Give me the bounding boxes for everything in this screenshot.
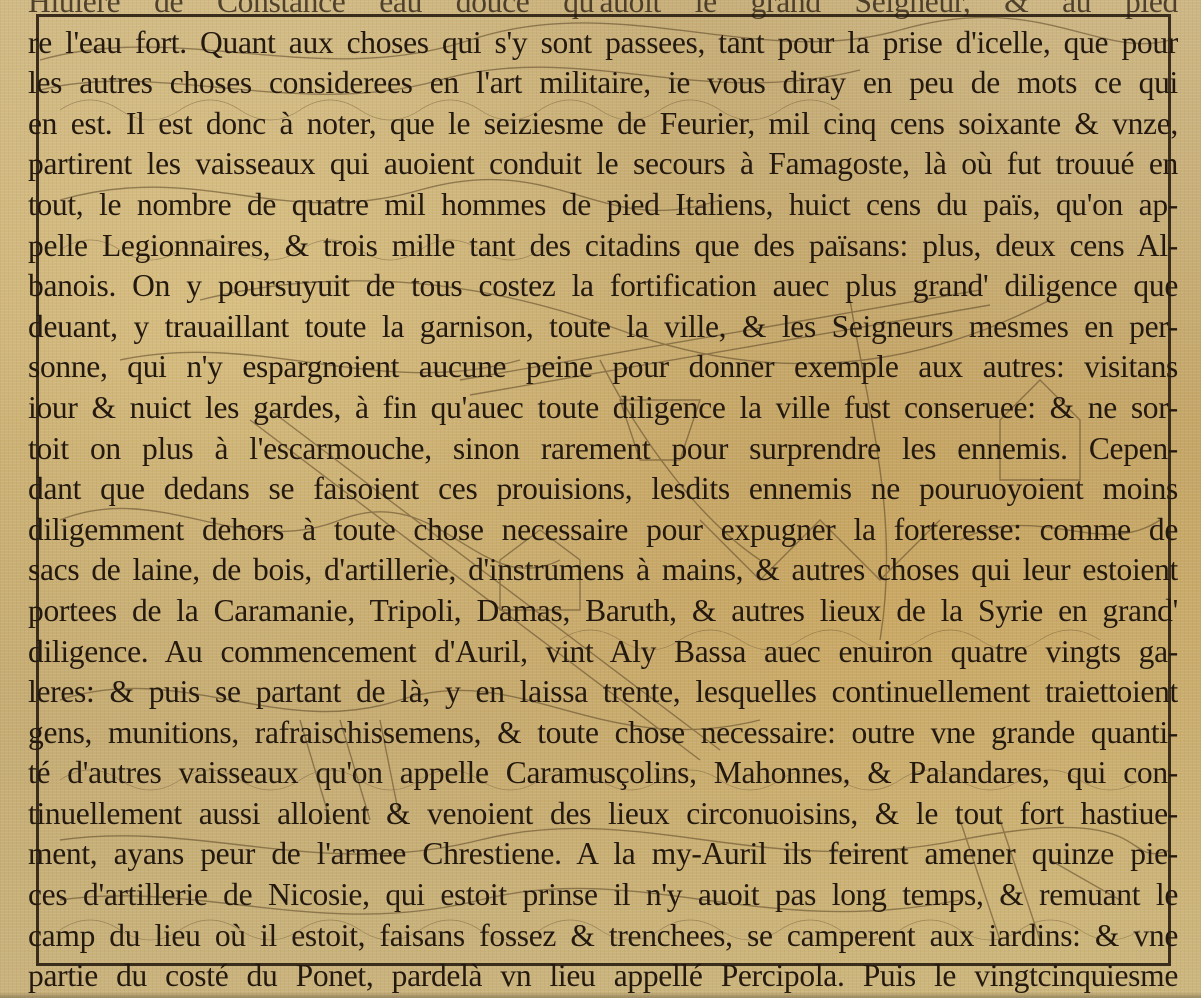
text-line: ment, ayans peur de l'armee Chrestiene. …: [28, 834, 1178, 875]
text-line: pelle Legionnaires, & trois mille tant d…: [28, 226, 1178, 267]
text-line: sonne, qui n'y espargnoient aucune peine…: [28, 347, 1178, 388]
scan-bottom-edge: [0, 992, 1201, 998]
text-line: Hiuiere de Constance eau douce qu'auoit …: [28, 0, 1178, 23]
text-line: deuant, y trauaillant toute la garnison,…: [28, 307, 1178, 348]
text-line: sacs de laine, de bois, d'artillerie, d'…: [28, 550, 1178, 591]
text-line: gens, munitions, rafraischissemens, & to…: [28, 713, 1178, 754]
text-line: toit on plus à l'escarmouche, sinon rare…: [28, 429, 1178, 470]
text-line: iour & nuict les gardes, à fin qu'auec t…: [28, 388, 1178, 429]
text-line: dant que dedans se faisoient ces prouisi…: [28, 469, 1178, 510]
text-line: re l'eau fort. Quant aux choses qui s'y …: [28, 23, 1178, 64]
text-line: en est. Il est donc à noter, que le seiz…: [28, 104, 1178, 145]
text-line: partie du costé du Ponet, pardelà vn lie…: [28, 956, 1178, 997]
scanned-page: Hiuiere de Constance eau douce qu'auoit …: [0, 0, 1201, 998]
text-line: té d'autres vaisseaux qu'on appelle Cara…: [28, 753, 1178, 794]
text-line: diligemment dehors à toute chose necessa…: [28, 510, 1178, 551]
text-line: tinuellement aussi alloient & venoient d…: [28, 794, 1178, 835]
body-text: Hiuiere de Constance eau douce qu'auoit …: [28, 0, 1178, 997]
text-line: banois. On y poursuyuit de tous costez l…: [28, 266, 1178, 307]
text-line: diligence. Au commencement d'Auril, vint…: [28, 632, 1178, 673]
text-line: camp du lieu où il estoit, faisans fosse…: [28, 916, 1178, 957]
text-line: portees de la Caramanie, Tripoli, Damas,…: [28, 591, 1178, 632]
text-line: ces d'artillerie de Nicosie, qui estoit …: [28, 875, 1178, 916]
text-line: leres: & puis se partant de là, y en lai…: [28, 672, 1178, 713]
text-line: partirent les vaisseaux qui auoient cond…: [28, 144, 1178, 185]
text-line: les autres choses considerees en l'art m…: [28, 63, 1178, 104]
text-line: tout, le nombre de quatre mil hommes de …: [28, 185, 1178, 226]
